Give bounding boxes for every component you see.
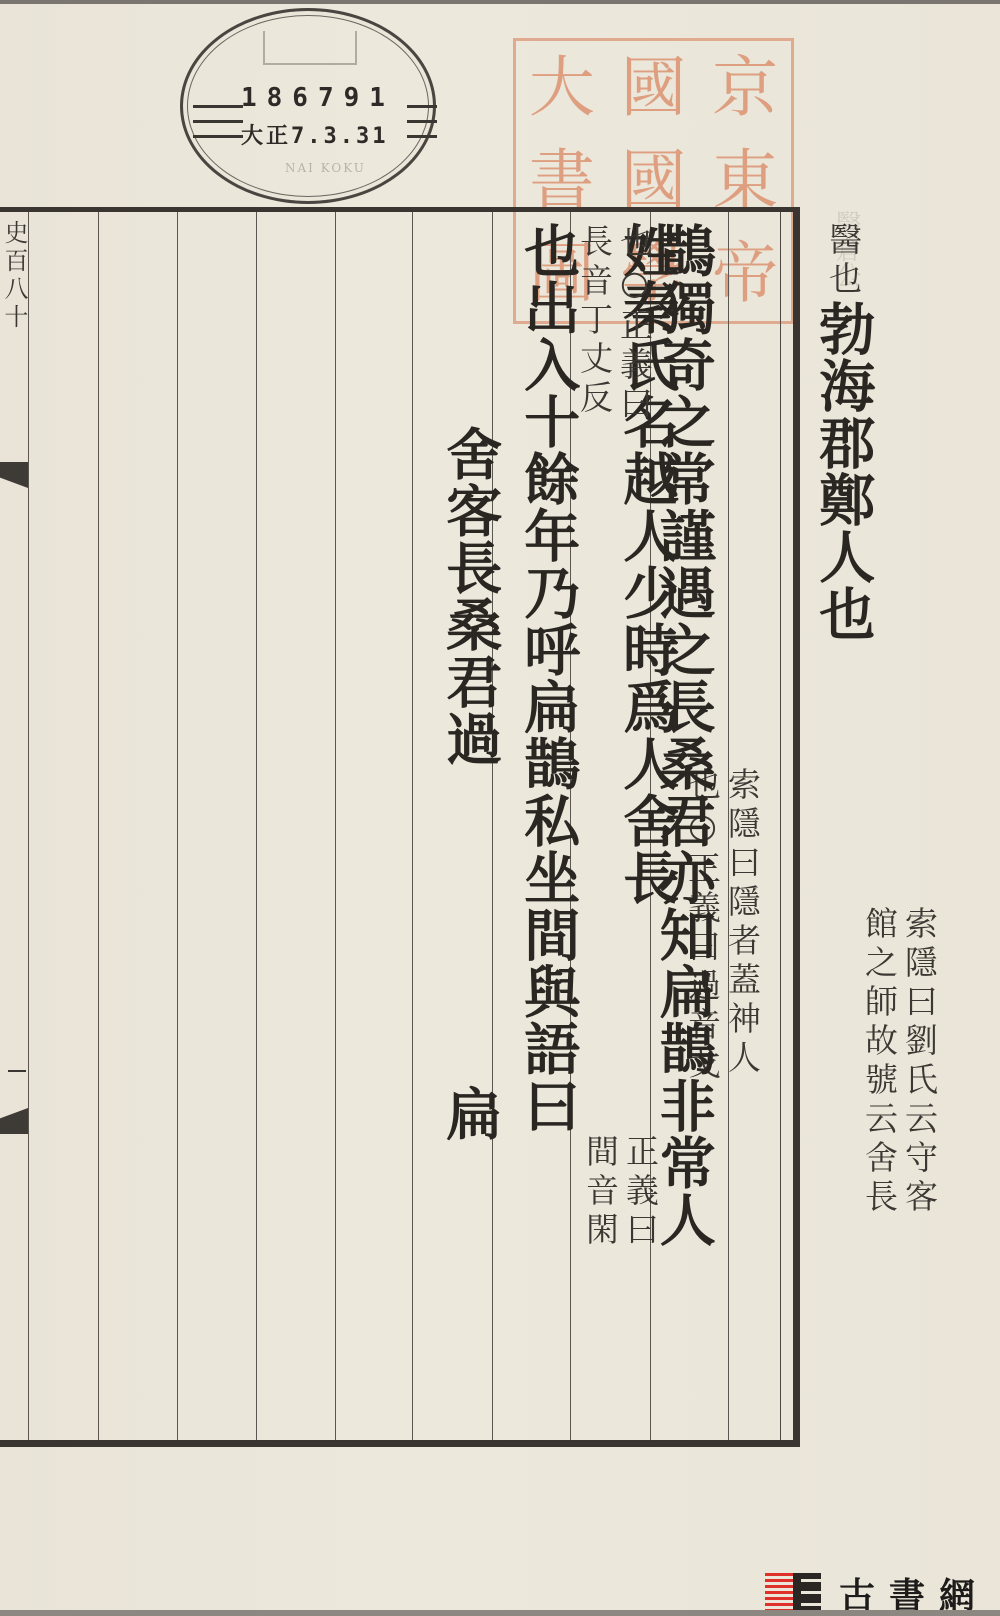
text-frame: 扁鵲倉公列傳第四十五 史記一百五 索隱曰王劭云盥方宜與日者龜筴相接不合 列於此後… (0, 207, 800, 1447)
stamp-bars-right (407, 105, 437, 150)
accession-stamp: 186791 大正7.3.31 NAI KOKU (180, 8, 436, 204)
column-rule (28, 212, 29, 1440)
stamp-faint-text: NAI KOKU (285, 161, 366, 175)
text-column: 也出入十餘年乃呼扁鵲私坐間與語曰 正義曰 間音閑 (32, 222, 1000, 1251)
site-logo-icon (765, 1573, 821, 1615)
stamp-header-mark (263, 31, 357, 65)
accession-number: 186791 (241, 83, 395, 113)
page-bottom-edge (0, 1610, 1000, 1616)
site-watermark: 古書網 (765, 1568, 989, 1616)
seal-char: 國 (608, 41, 700, 134)
seal-char: 京 (699, 41, 791, 134)
seal-char: 大 (516, 41, 608, 134)
stamp-bars-left (193, 105, 243, 150)
annotation-left: 間音閑 (582, 1134, 618, 1251)
main-text: 也出入十餘年乃呼扁鵲私坐間與語曰 (516, 222, 581, 1134)
site-name: 古書網 (839, 1568, 989, 1616)
annotation-right: 正義曰 (622, 1134, 658, 1251)
page-top-edge (0, 0, 1000, 4)
book-page: 186791 大正7.3.31 NAI KOKU 大 國 京 書 國 東 圖 學… (0, 0, 1000, 1616)
accession-date: 大正7.3.31 (241, 119, 388, 150)
